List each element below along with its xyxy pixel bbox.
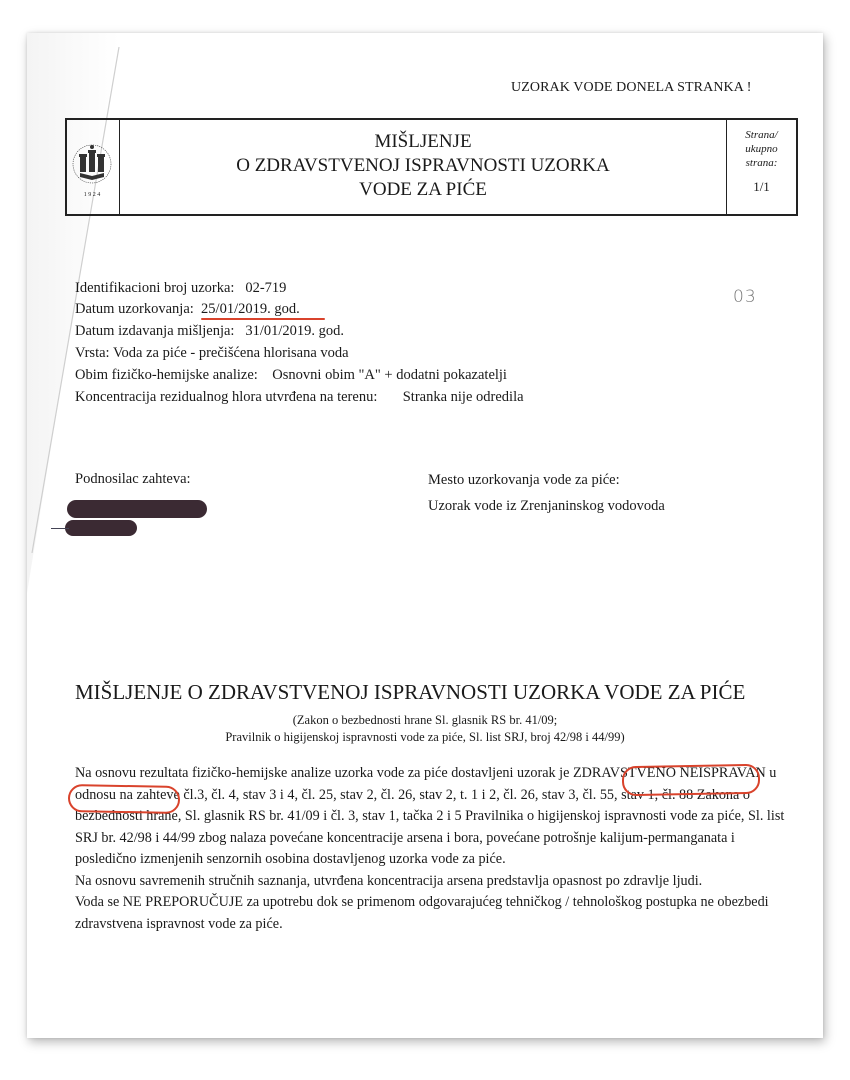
verdict-part-1: ZDRAVSTVENO (573, 765, 676, 781)
applicant-label: Podnosilac zahteva: (75, 471, 191, 488)
document-header-box: 1 9 2 4 MIŠLJENJE O ZDRAVSTVENOJ ISPRAVN… (65, 118, 798, 216)
sampling-place-value: Uzorak vode iz Zrenjaninskog vodovoda (428, 498, 665, 515)
sampling-date-row: Datum uzorkovanja: 25/01/2019. god. (75, 301, 300, 318)
sample-id: 02-719 (245, 280, 286, 296)
issue-date: 31/01/2019. god. (245, 323, 344, 339)
sampling-place-label: Mesto uzorkovanja vode za piće: (428, 472, 620, 489)
analysis-scope: Osnovni obim "A" + dodatni pokazatelji (272, 367, 507, 383)
sample-brought-note: UZORAK VODE DONELA STRANKA ! (511, 80, 752, 96)
opinion-paragraph-3: Voda se NE PREPORUČUJE za upotrebu dok s… (75, 892, 791, 935)
page-count: Strana/ ukupno strana: 1/1 (726, 120, 796, 214)
document-title: MIŠLJENJE O ZDRAVSTVENOJ ISPRAVNOSTI UZO… (120, 120, 726, 214)
page-number: 1/1 (727, 180, 796, 194)
issue-date-row: Datum izdavanja mišljenja: 31/01/2019. g… (75, 323, 344, 340)
svg-text:1 9 2 4: 1 9 2 4 (84, 192, 101, 198)
water-type: Voda za piće - prečišćena hlorisana voda (113, 345, 349, 361)
redacted-applicant-name (67, 500, 207, 518)
opinion-paragraph-2: Na osnovu savremenih stručnih saznanja, … (75, 871, 791, 893)
opinion-title: MIŠLJENJE O ZDRAVSTVENOJ ISPRAVNOSTI UZO… (75, 680, 745, 705)
legal-basis-line-1: (Zakon o bezbednosti hrane Sl. glasnik R… (75, 713, 775, 728)
opinion-paragraph-1: Na osnovu rezultata fizičko-hemijske ana… (75, 763, 791, 871)
handwritten-number: 03 (733, 287, 757, 307)
redacted-applicant-address (65, 520, 137, 536)
red-underline-annotation (201, 318, 325, 320)
residual-chlorine: Stranka nije odredila (403, 389, 524, 405)
opinion-body: Na osnovu rezultata fizičko-hemijske ana… (75, 763, 791, 935)
residual-chlorine-row: Koncentracija rezidualnog hlora utvrđena… (75, 389, 524, 406)
sampling-date: 25/01/2019. god. (201, 301, 300, 317)
sample-id-row: Identifikacioni broj uzorka: 02-719 (75, 280, 286, 297)
verdict-part-2: NEISPRAVAN (679, 765, 765, 781)
water-type-row: Vrsta: Voda za piće - prečišćena hlorisa… (75, 345, 349, 362)
institute-seal-icon: 1 9 2 4 (67, 120, 120, 214)
analysis-scope-row: Obim fizičko-hemijske analize: Osnovni o… (75, 367, 507, 384)
legal-basis-line-2: Pravilnik o higijenskoj ispravnosti vode… (75, 730, 775, 745)
